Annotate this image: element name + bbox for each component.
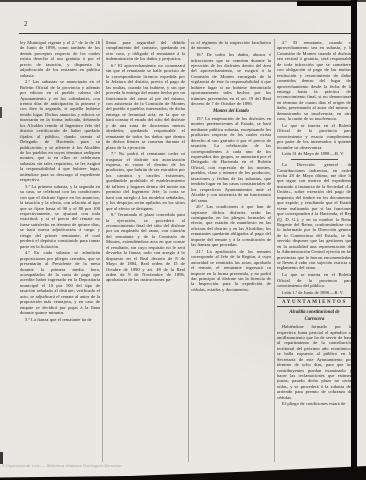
text-column-4: 2.º El rematante, cuando el aprovechamie… [277, 40, 352, 461]
paragraph: La Dirección general de Contribuciones i… [277, 162, 352, 271]
digitization-watermark: © Diputación de León — Biblioteca «Maria… [2, 463, 232, 468]
column-separator [102, 39, 103, 462]
continuation-paragraph: ra el régimen de la inspección facultati… [191, 40, 271, 51]
scan-artifact-top-right [297, 1, 357, 6]
scan-artifact-left-mark [0, 452, 3, 464]
scan-artifact-left-mark [0, 107, 2, 118]
scanned-gazette-page: 2 ley Municipal vigente y el 2.º de la d… [0, 0, 366, 480]
paragraph: 2.º El rematante, cuando el aprovechamie… [277, 40, 352, 122]
paragraph: Lo que se inserta en el Boletín Oficial … [277, 272, 352, 288]
town-name-heading: Carrocera [277, 317, 352, 322]
paragraph: Lo que se inserta en el Boletín Oficial … [277, 123, 352, 150]
text-column-2: llenar para seguridad del debido cumplim… [106, 40, 185, 461]
header-rule [19, 33, 353, 34]
scan-artifact-right-edge [351, 0, 357, 480]
alcaldia-heading: Alcaldía constitucional de [277, 310, 352, 315]
page-number: 2 [24, 20, 28, 28]
column-separator [274, 39, 275, 462]
paragraph: 3.ª La primera subasta, y la segunda en … [20, 184, 100, 249]
text-column-3: ra el régimen de la inspección facultati… [191, 40, 271, 461]
section-divider [291, 159, 338, 160]
paragraph: 5.ª La fianza que el rematante ha de [20, 317, 100, 322]
paragraph: 19.ª La enajenación de los disfrutes en … [191, 116, 271, 203]
paragraph: 7.ª No podrá el rematante ceder ni trasp… [106, 151, 185, 211]
paragraph: 4.ª En cada subasta se admitirán proposi… [20, 250, 100, 315]
paragraph: Habiéndose formado por la respectiva Jun… [277, 324, 352, 400]
continuation-paragraph: llenar para seguridad del debido cumplim… [106, 40, 185, 62]
signature-date-line: León 1.º de Junio de 1898.—R. V. [277, 290, 352, 295]
paragraph: 8.ª Terminado el plazo concedido para la… [106, 212, 185, 283]
paragraph: 6.ª El aprovechamiento no comenzará sin … [106, 63, 185, 150]
section-banner: AYUNTAMIENTOS [277, 297, 352, 308]
column-separator [188, 39, 189, 462]
paragraph: 20.ª Las condiciones á que han de sujeta… [191, 204, 271, 248]
paragraph: 18.ª De todos los daños, abusos é infrac… [191, 52, 271, 106]
text-column-1: ley Municipal vigente y el 2.º de la de … [20, 40, 100, 461]
paragraph: 21.ª La aprobación de los remates corres… [191, 249, 271, 293]
continuation-paragraph: ley Municipal vigente y el 2.º de la de … [20, 40, 100, 78]
signature-date-line: León 31 de Mayo de 1898.—R. V. [277, 151, 352, 156]
subsection-heading: Montes del Estado [191, 109, 271, 114]
paragraph: El pliego de condiciones estará de [277, 401, 352, 406]
paragraph: 2.ª Las subastas se anunciarán en el Bol… [20, 79, 100, 182]
